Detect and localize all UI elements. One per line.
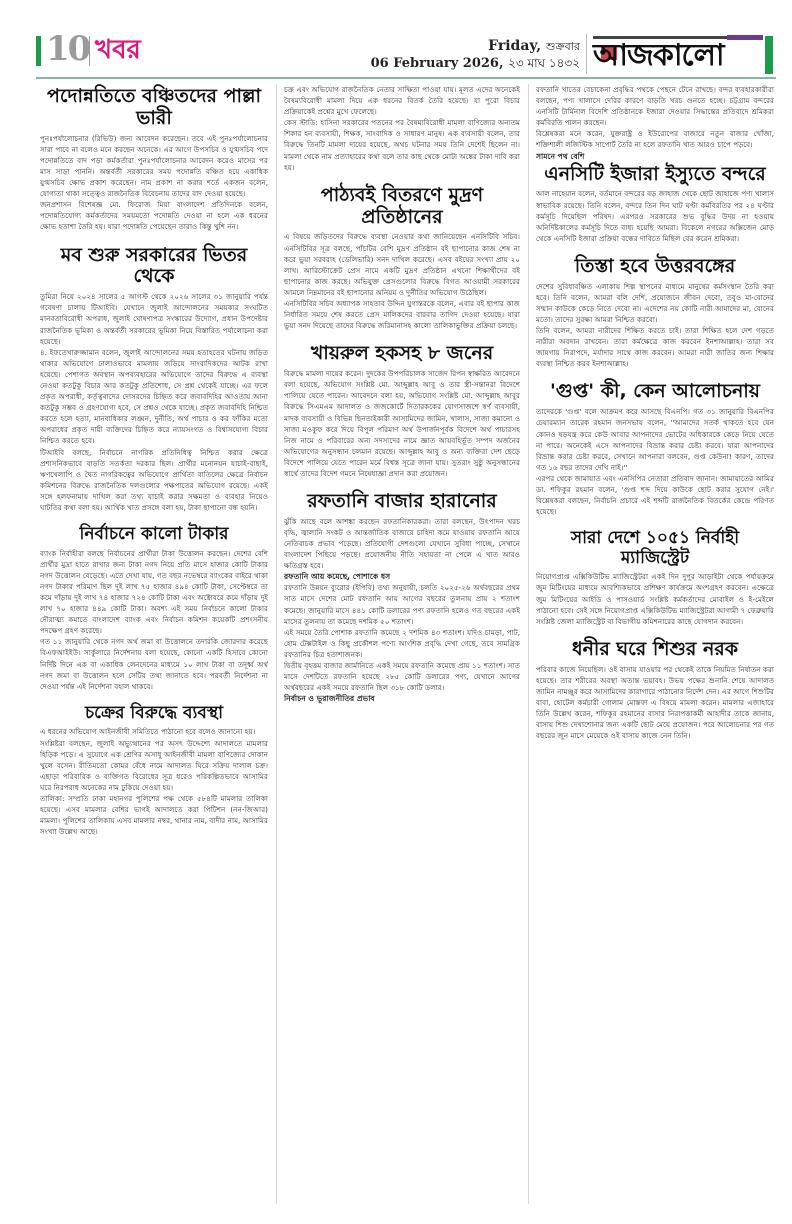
paragraph: দেশের সুবিধাবঞ্চিত এলাকায় শিল্প স্থাপনে…: [536, 281, 774, 325]
story-body: এ বিষয়ে জড়িতদের বিরুদ্ধে ব্যবস্থা নেওয…: [284, 231, 520, 331]
paragraph: চক্র এবং অভিযোগ রাজনৈতিক নেতার সাক্ষিতা …: [284, 84, 520, 117]
page-number: 10: [46, 32, 89, 66]
paragraph: গত ১১ জানুয়ারি থেকে নগদ অর্থ জমা বা উত্…: [40, 636, 268, 691]
story-ncp-port: রফতানি খাতের বেচাকেনা প্রবৃদ্ধির পথকে পে…: [536, 84, 774, 244]
logo-green-bar: [765, 36, 773, 74]
subheading: রফতানি আয় কমেছে, পোশাকে ধস: [284, 571, 520, 582]
paragraph: দ্বিতীয় বৃহত্তম বাজার জার্মানিতে একই সম…: [284, 660, 520, 693]
story-magistrate: সারা দেশে ১০৫১ নির্বাহী ম্যাজিস্ট্রেট নি…: [536, 529, 774, 627]
logo-tagline-badge: [727, 35, 763, 40]
paragraph: এনসিটিবির সচিব অধ্যাপক সাহতাব উদ্দিন যুগ…: [284, 298, 520, 331]
story-body: ব্যাংক নির্বাহীরা বলছে নির্বাচনের প্রার্…: [40, 548, 268, 692]
story-continued-top: চক্র এবং অভিযোগ রাজনৈতিক নেতার সাক্ষিতা …: [284, 84, 520, 173]
paragraph: এরপর থেকে জামায়াত এবং এনসিপির নেতারা প্…: [536, 473, 774, 517]
date-english: 06 February 2026,: [371, 56, 504, 71]
headline: খায়রুল হকসহ ৮ জনের: [284, 343, 520, 365]
paragraph: রফতানি উন্নয়ন ব্যুরোর (ইপিবি) তথ্য অনুয…: [284, 582, 520, 626]
logo-wordmark: আজকালো: [593, 39, 724, 73]
paragraph: এ ধরনের অভিযোগ আইনজীবী সমিতিতে পাঠানো হব…: [40, 726, 268, 737]
paragraph: ঝুঁকি আছে বলে আশঙ্কা করছেন রফতানিকারকরা।…: [284, 516, 520, 571]
paragraph: এই সময়ে তৈরি পোশাক রফতানি কমেছে ২ দশমিক…: [284, 627, 520, 660]
paragraph: তিনি বলেন, আমরা নারীদের শিক্ষিত করতে চাই…: [536, 325, 774, 369]
story-textbook: পাঠ্যবই বিতরণে মুদ্রণ প্রতিষ্ঠানের এ বিষ…: [284, 185, 520, 332]
paragraph: তাদেরকে 'গুপ্ত' বলে আক্রমণ করে আসছে বিএন…: [536, 406, 774, 473]
story-body: বিরুদ্ধে মামলা দায়ের করেন। দুদকের উপপরি…: [284, 368, 520, 479]
header-rule: [36, 77, 776, 79]
paragraph: আল নাহেয়ান বলেন, বর্তমানে বন্দরের বড় জ…: [536, 188, 774, 243]
story-khairul: খায়রুল হকসহ ৮ জনের বিরুদ্ধে মামলা দায়ে…: [284, 343, 520, 479]
masthead: 10 খবর Friday, শুক্রবার 06 February 2026…: [0, 30, 792, 70]
story-body: ঝুঁকি আছে বলে আশঙ্কা করছেন রফতানিকারকরা।…: [284, 516, 520, 704]
paragraph: ব্যাংক নির্বাহীরা বলছে নির্বাচনের প্রার্…: [40, 548, 268, 637]
headline: নির্বাচনে কালো টাকার: [40, 525, 268, 545]
paragraph: পুনঃপর্যালোচনার (রিভিউ) জন্য আবেদন করেছে…: [40, 133, 268, 200]
story-promotion: পদোন্নতিতে বঞ্চিতদের পাল্লা ভারী পুনঃপর্…: [40, 86, 268, 233]
story-body: চক্র এবং অভিযোগ রাজনৈতিক নেতার সাক্ষিতা …: [284, 84, 520, 173]
paragraph: পরিবার কাজে নিয়েছিল। ওই বাসায় যাওয়ার …: [536, 664, 774, 742]
paragraph: জনপ্রশাসন বিশেষজ্ঞ মো. ফিরোজ মিয়া বাংলা…: [40, 199, 268, 232]
column-divider: [276, 84, 277, 1204]
paragraph: বিরুদ্ধে মামলা দায়ের করেন। দুদকের উপপরি…: [284, 368, 520, 479]
paragraph: রফতানি খাতের বেচাকেনা প্রবৃদ্ধির পথকে পে…: [536, 84, 774, 128]
paragraph: তুমিরা নিয়ে ২০২৪ সালের ৫ আগস্ট থেকে ২০২…: [40, 291, 268, 346]
column-middle: চক্র এবং অভিযোগ রাজনৈতিক নেতার সাক্ষিতা …: [284, 84, 520, 1214]
headline: এনসিটি ইজারা ইস্যুতে বন্দরে: [536, 164, 774, 186]
page-number-divider: [89, 36, 90, 66]
dateline-date: 06 February 2026, ২৩ মাঘ ১৪৩২: [371, 55, 580, 72]
day-bengali: শুক্রবার: [546, 40, 580, 53]
subheading: সামনে পথ বেশি: [536, 151, 774, 162]
story-body: নিয়োগপ্রাপ্ত এক্সিকিউটিভ ম্যাজিস্ট্রেটর…: [536, 571, 774, 626]
headline: রফতানি বাজার হারানোর: [284, 491, 520, 513]
column-right: রফতানি খাতের বেচাকেনা প্রবৃদ্ধির পথকে পে…: [536, 84, 774, 1214]
day-english: Friday,: [488, 38, 541, 54]
paragraph: বিশ্লেষকরা মনে করেন, যুক্তরাষ্ট্র ও ইউরো…: [536, 128, 774, 150]
story-body: পরিবার কাজে নিয়েছিল। ওই বাসায় যাওয়ার …: [536, 664, 774, 742]
story-circle-action: চক্রের বিরুদ্ধে ব্যবস্থা এ ধরনের অভিযোগ …: [40, 704, 268, 837]
dateline-day: Friday, শুক্রবার: [371, 38, 580, 55]
story-body: তাদেরকে 'গুপ্ত' বলে আক্রমণ করে আসছে বিএন…: [536, 406, 774, 517]
subheading: নির্বাচন ও ভূরাজনীতির প্রভাব: [284, 693, 520, 704]
section-name: খবর: [95, 34, 141, 66]
headline: মব শুরু সরকারের ভিতর থেকে: [40, 245, 268, 289]
story-north-bengal: তিস্তা হবে উত্তরবঙ্গের দেশের সুবিধাবঞ্চি…: [536, 256, 774, 370]
story-rich-home: ধনীর ঘরে শিশুর নরক পরিবার কাজে নিয়েছিল।…: [536, 639, 774, 742]
headline: ধনীর ঘরে শিশুর নরক: [536, 639, 774, 661]
dateline: Friday, শুক্রবার 06 February 2026, ২৩ মা…: [371, 38, 580, 72]
paragraph: কেস স্টাডি: হাসিনা সরকারের পতনের পর বৈষম…: [284, 117, 520, 172]
headline: পদোন্নতিতে বঞ্চিতদের পাল্লা ভারী: [40, 86, 268, 130]
story-body: রফতানি খাতের বেচাকেনা প্রবৃদ্ধির পথকে পে…: [536, 84, 774, 162]
story-body: তুমিরা নিয়ে ২০২৪ সালের ৫ আগস্ট থেকে ২০২…: [40, 291, 268, 513]
newspaper-logo: আজকালো: [586, 34, 774, 74]
headline: 'গুপ্ত' কী, কেন আলোচনায়: [536, 381, 774, 403]
column-divider: [528, 84, 529, 1204]
headline: চক্রের বিরুদ্ধে ব্যবস্থা: [40, 704, 268, 724]
paragraph: টিআইবি বলছে, নির্বাচনে নাগরিক প্রতিনিধিত…: [40, 447, 268, 514]
story-body: এ ধরনের অভিযোগ আইনজীবী সমিতিতে পাঠানো হব…: [40, 726, 268, 837]
page-number-accent-bar: [36, 36, 41, 66]
headline: সারা দেশে ১০৫১ নির্বাহী ম্যাজিস্ট্রেট: [536, 529, 774, 568]
paragraph: ৪. ইফতেখারুজ্জামান বলেন, জুলাই আন্দোলনের…: [40, 347, 268, 447]
story-govt-start: মব শুরু সরকারের ভিতর থেকে তুমিরা নিয়ে ২…: [40, 245, 268, 514]
headline: তিস্তা হবে উত্তরবঙ্গের: [536, 256, 774, 278]
paragraph: সংশ্লিষ্টরা বলছেন, জুলাই অভ্যুত্থানের পর…: [40, 738, 268, 793]
paragraph: তালিকা: সম্প্রতি ঢাকা মহানগর পুলিশের পক্…: [40, 793, 268, 837]
story-body: আল নাহেয়ান বলেন, বর্তমানে বন্দরের বড় জ…: [536, 188, 774, 243]
story-body: দেশের সুবিধাবঞ্চিত এলাকায় শিল্প স্থাপনে…: [536, 281, 774, 370]
paragraph: নিয়োগপ্রাপ্ত এক্সিকিউটিভ ম্যাজিস্ট্রেটর…: [536, 571, 774, 626]
story-body: পুনঃপর্যালোচনার (রিভিউ) জন্য আবেদন করেছে…: [40, 133, 268, 233]
story-export: রফতানি বাজার হারানোর ঝুঁকি আছে বলে আশঙ্ক…: [284, 491, 520, 704]
paragraph: এ বিষয়ে জড়িতদের বিরুদ্ধে ব্যবস্থা নেওয…: [284, 231, 520, 298]
headline: পাঠ্যবই বিতরণে মুদ্রণ প্রতিষ্ঠানের: [284, 185, 520, 229]
newspaper-page: 10 খবর Friday, শুক্রবার 06 February 2026…: [0, 0, 792, 1224]
date-bengali: ২৩ মাঘ ১৪৩২: [508, 56, 580, 70]
story-why-secret: 'গুপ্ত' কী, কেন আলোচনায় তাদেরকে 'গুপ্ত'…: [536, 381, 774, 517]
story-black-money: নির্বাচনে কালো টাকার ব্যাংক নির্বাহীরা ব…: [40, 525, 268, 692]
column-left: পদোন্নতিতে বঞ্চিতদের পাল্লা ভারী পুনঃপর্…: [40, 84, 268, 1214]
